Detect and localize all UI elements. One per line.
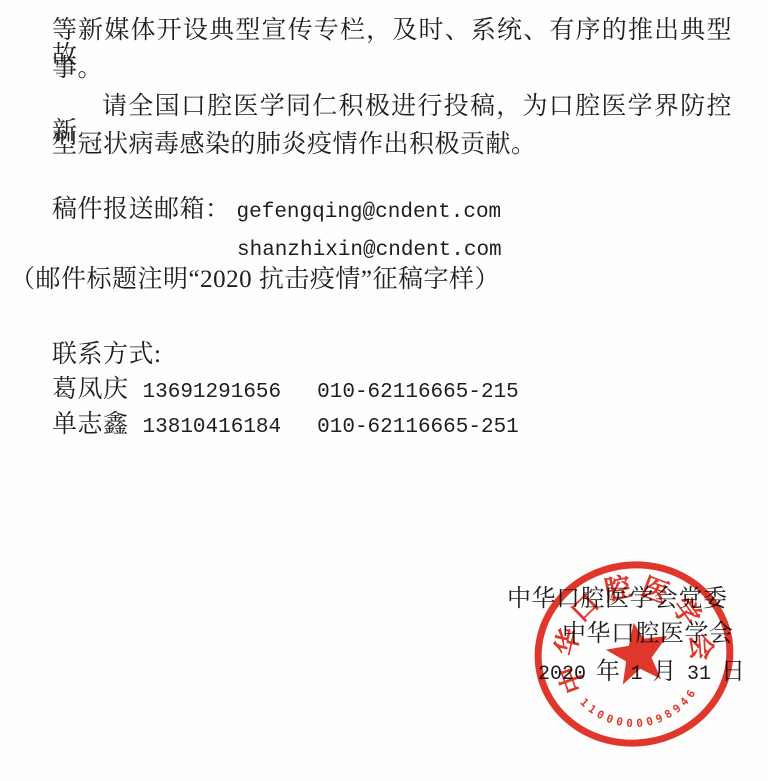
contact-row: 单志鑫 13810416184 010-62116665-251 [52,412,519,438]
document-page: 等新媒体开设典型宣传专栏，及时、系统、有序的推出典型故 事。 请全国口腔医学同仁… [0,0,768,781]
contact-row: 葛凤庆 13691291656 010-62116665-215 [52,377,519,403]
paragraph1-line1: 等新媒体开设典型宣传专栏，及时、系统、有序的推出典型故 [52,18,732,68]
submission-note: （邮件标题注明“2020 抗击疫情”征稿字样） [10,267,500,292]
submission-email-secondary: shanzhixin@cndent.com [237,240,502,261]
contact-name: 葛凤庆 [52,377,129,402]
submission-email-line: 稿件报送邮箱： gefengqing@cndent.com [52,197,501,223]
paragraph1-line2: 事。 [52,56,103,81]
contact-mobile: 13691291656 [143,382,282,403]
contact-telephone: 010-62116665-251 [317,417,519,438]
paragraph2-line2: 型冠状病毒感染的肺炎疫情作出积极贡献。 [52,132,537,157]
contact-telephone: 010-62116665-215 [317,382,519,403]
contact-mobile: 13810416184 [143,417,282,438]
submission-email-label: 稿件报送邮箱： [52,197,231,222]
submission-email-primary: gefengqing@cndent.com [237,202,502,223]
official-seal: 中华口腔医学会 1100000098946 [510,540,768,770]
contact-name: 单志鑫 [52,412,129,437]
seal-star-icon [603,618,673,686]
contacts-heading: 联系方式: [52,342,161,367]
